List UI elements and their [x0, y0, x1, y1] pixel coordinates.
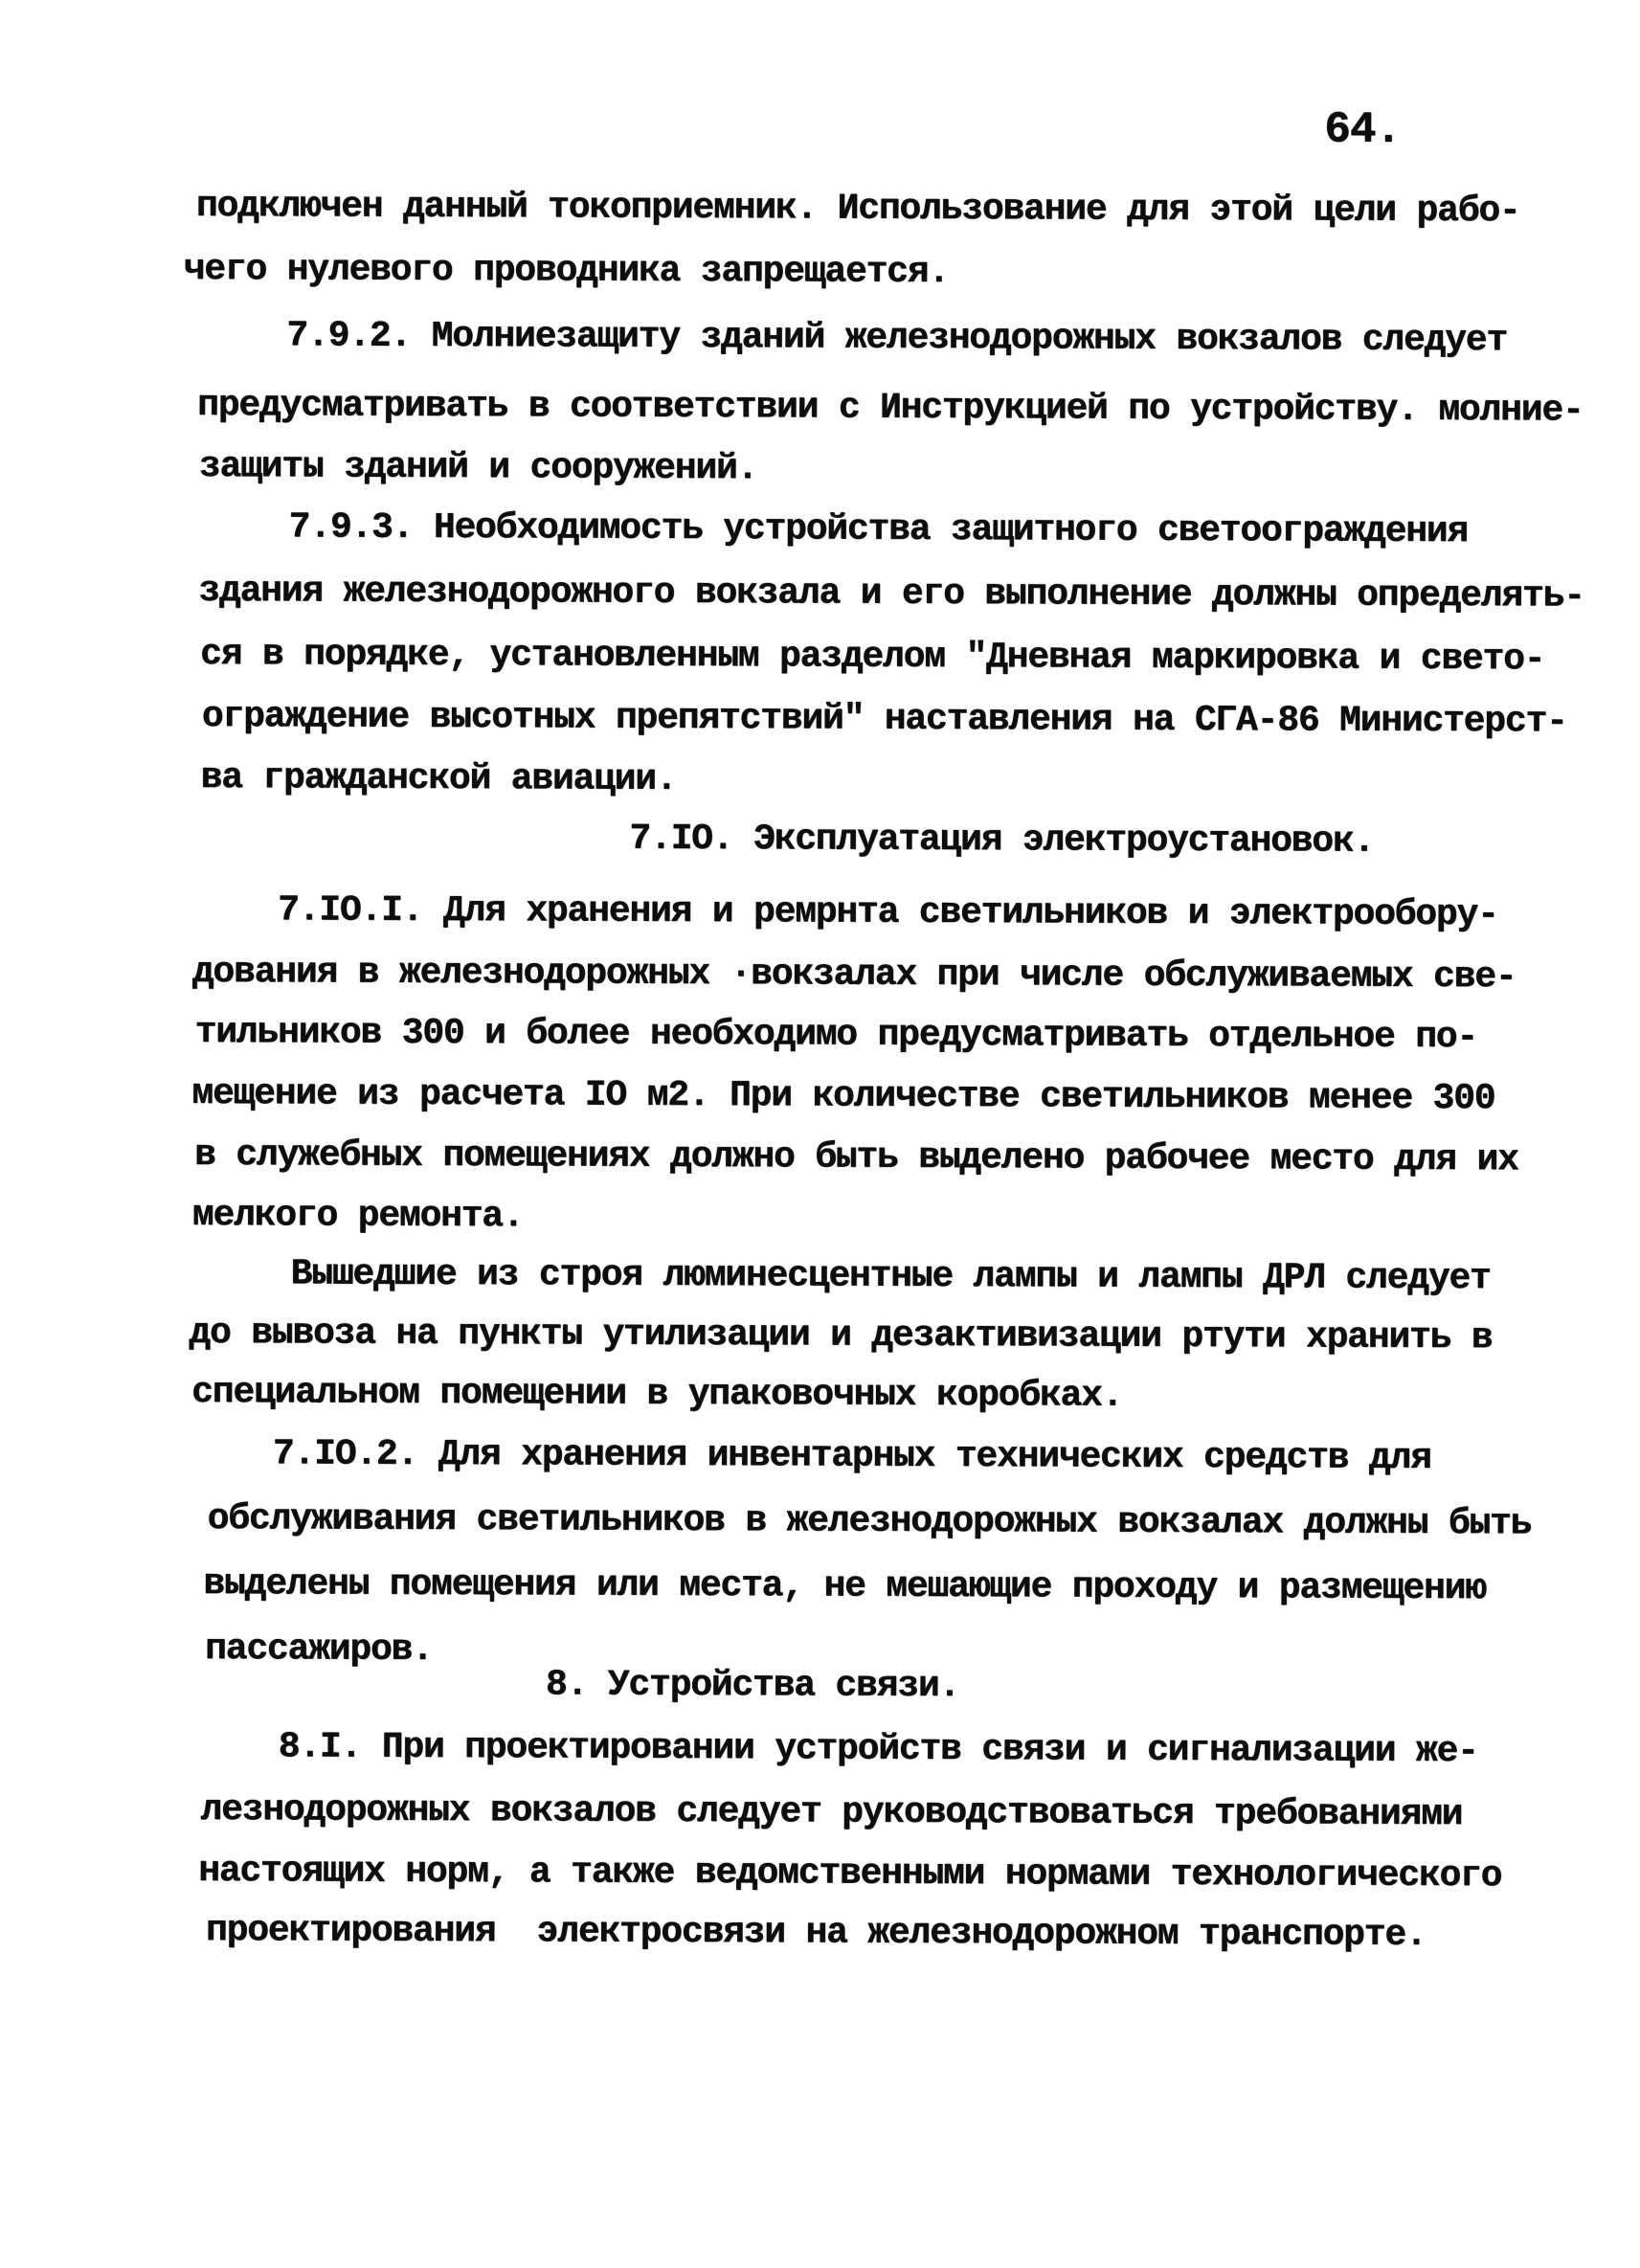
text-line: мелкого ремонта.: [192, 1198, 524, 1235]
text-line: ся в порядке, установленным разделом "Дн…: [200, 637, 1544, 678]
text-line: лезнодорожных вокзалов следует руководст…: [200, 1792, 1462, 1833]
text-line: проектирования электросвязи на железнодо…: [206, 1913, 1427, 1954]
text-line: защиты зданий и сооружений.: [199, 449, 757, 487]
text-line-section-7-9-2: 7.9.2. Молниезащиту зданий железнодорожн…: [286, 318, 1507, 359]
text-line: настоящих норм, а также ведомственными н…: [198, 1853, 1501, 1895]
text-line: пассажиров.: [205, 1631, 433, 1669]
text-line: предусматривать в соответствии с Инструк…: [197, 388, 1584, 430]
text-line: тильников 300 и более необходимо предусм…: [195, 1015, 1478, 1056]
text-line: выделены помещения или места, не мешающи…: [203, 1566, 1486, 1607]
text-line: Вышедшие из строя люминесцентные лампы и…: [291, 1256, 1491, 1297]
text-line-section-7-10-2: 7.IO.2. Для хранения инвентарных техниче…: [273, 1436, 1431, 1477]
text-line: подключен данный токоприемник. Использов…: [196, 189, 1520, 230]
text-line: ва гражданской авиации.: [201, 760, 677, 798]
text-line: в служебных помещениях должно быть выдел…: [194, 1137, 1518, 1179]
text-line-section-8-1: 8.I. При проектировании устройств связи …: [279, 1729, 1478, 1770]
text-line: чего нулевого проводника запрещается.: [184, 252, 949, 291]
heading-8: 8. Устройства связи.: [546, 1667, 959, 1705]
text-line: дования в железнодорожных ·вокзалах при …: [192, 954, 1516, 996]
text-line: специальном помещении в упаковочных коро…: [191, 1375, 1122, 1415]
page-number: 64.: [1324, 108, 1401, 152]
text-line: до вывоза на пункты утилизации и дезакти…: [189, 1315, 1492, 1357]
text-line: здания железнодорожного вокзала и его вы…: [198, 573, 1584, 616]
text-line: обслуживания светильников в железнодорож…: [208, 1501, 1532, 1542]
text-line-section-7-9-3: 7.9.3. Необходимость устройства защитног…: [289, 509, 1469, 550]
heading-7-10: 7.IO. Эксплуатация электроустановок.: [629, 821, 1374, 861]
text-line: ограждение высотных препятствий" наставл…: [202, 699, 1567, 740]
text-line: мещение из расчета IO м2. При количестве…: [191, 1076, 1494, 1117]
scanned-document-page: 64. подключен данный токоприемник. Испол…: [0, 0, 1640, 2268]
text-line-section-7-10-1: 7.IO.I. Для хранения и ремрнта светильни…: [278, 892, 1498, 933]
